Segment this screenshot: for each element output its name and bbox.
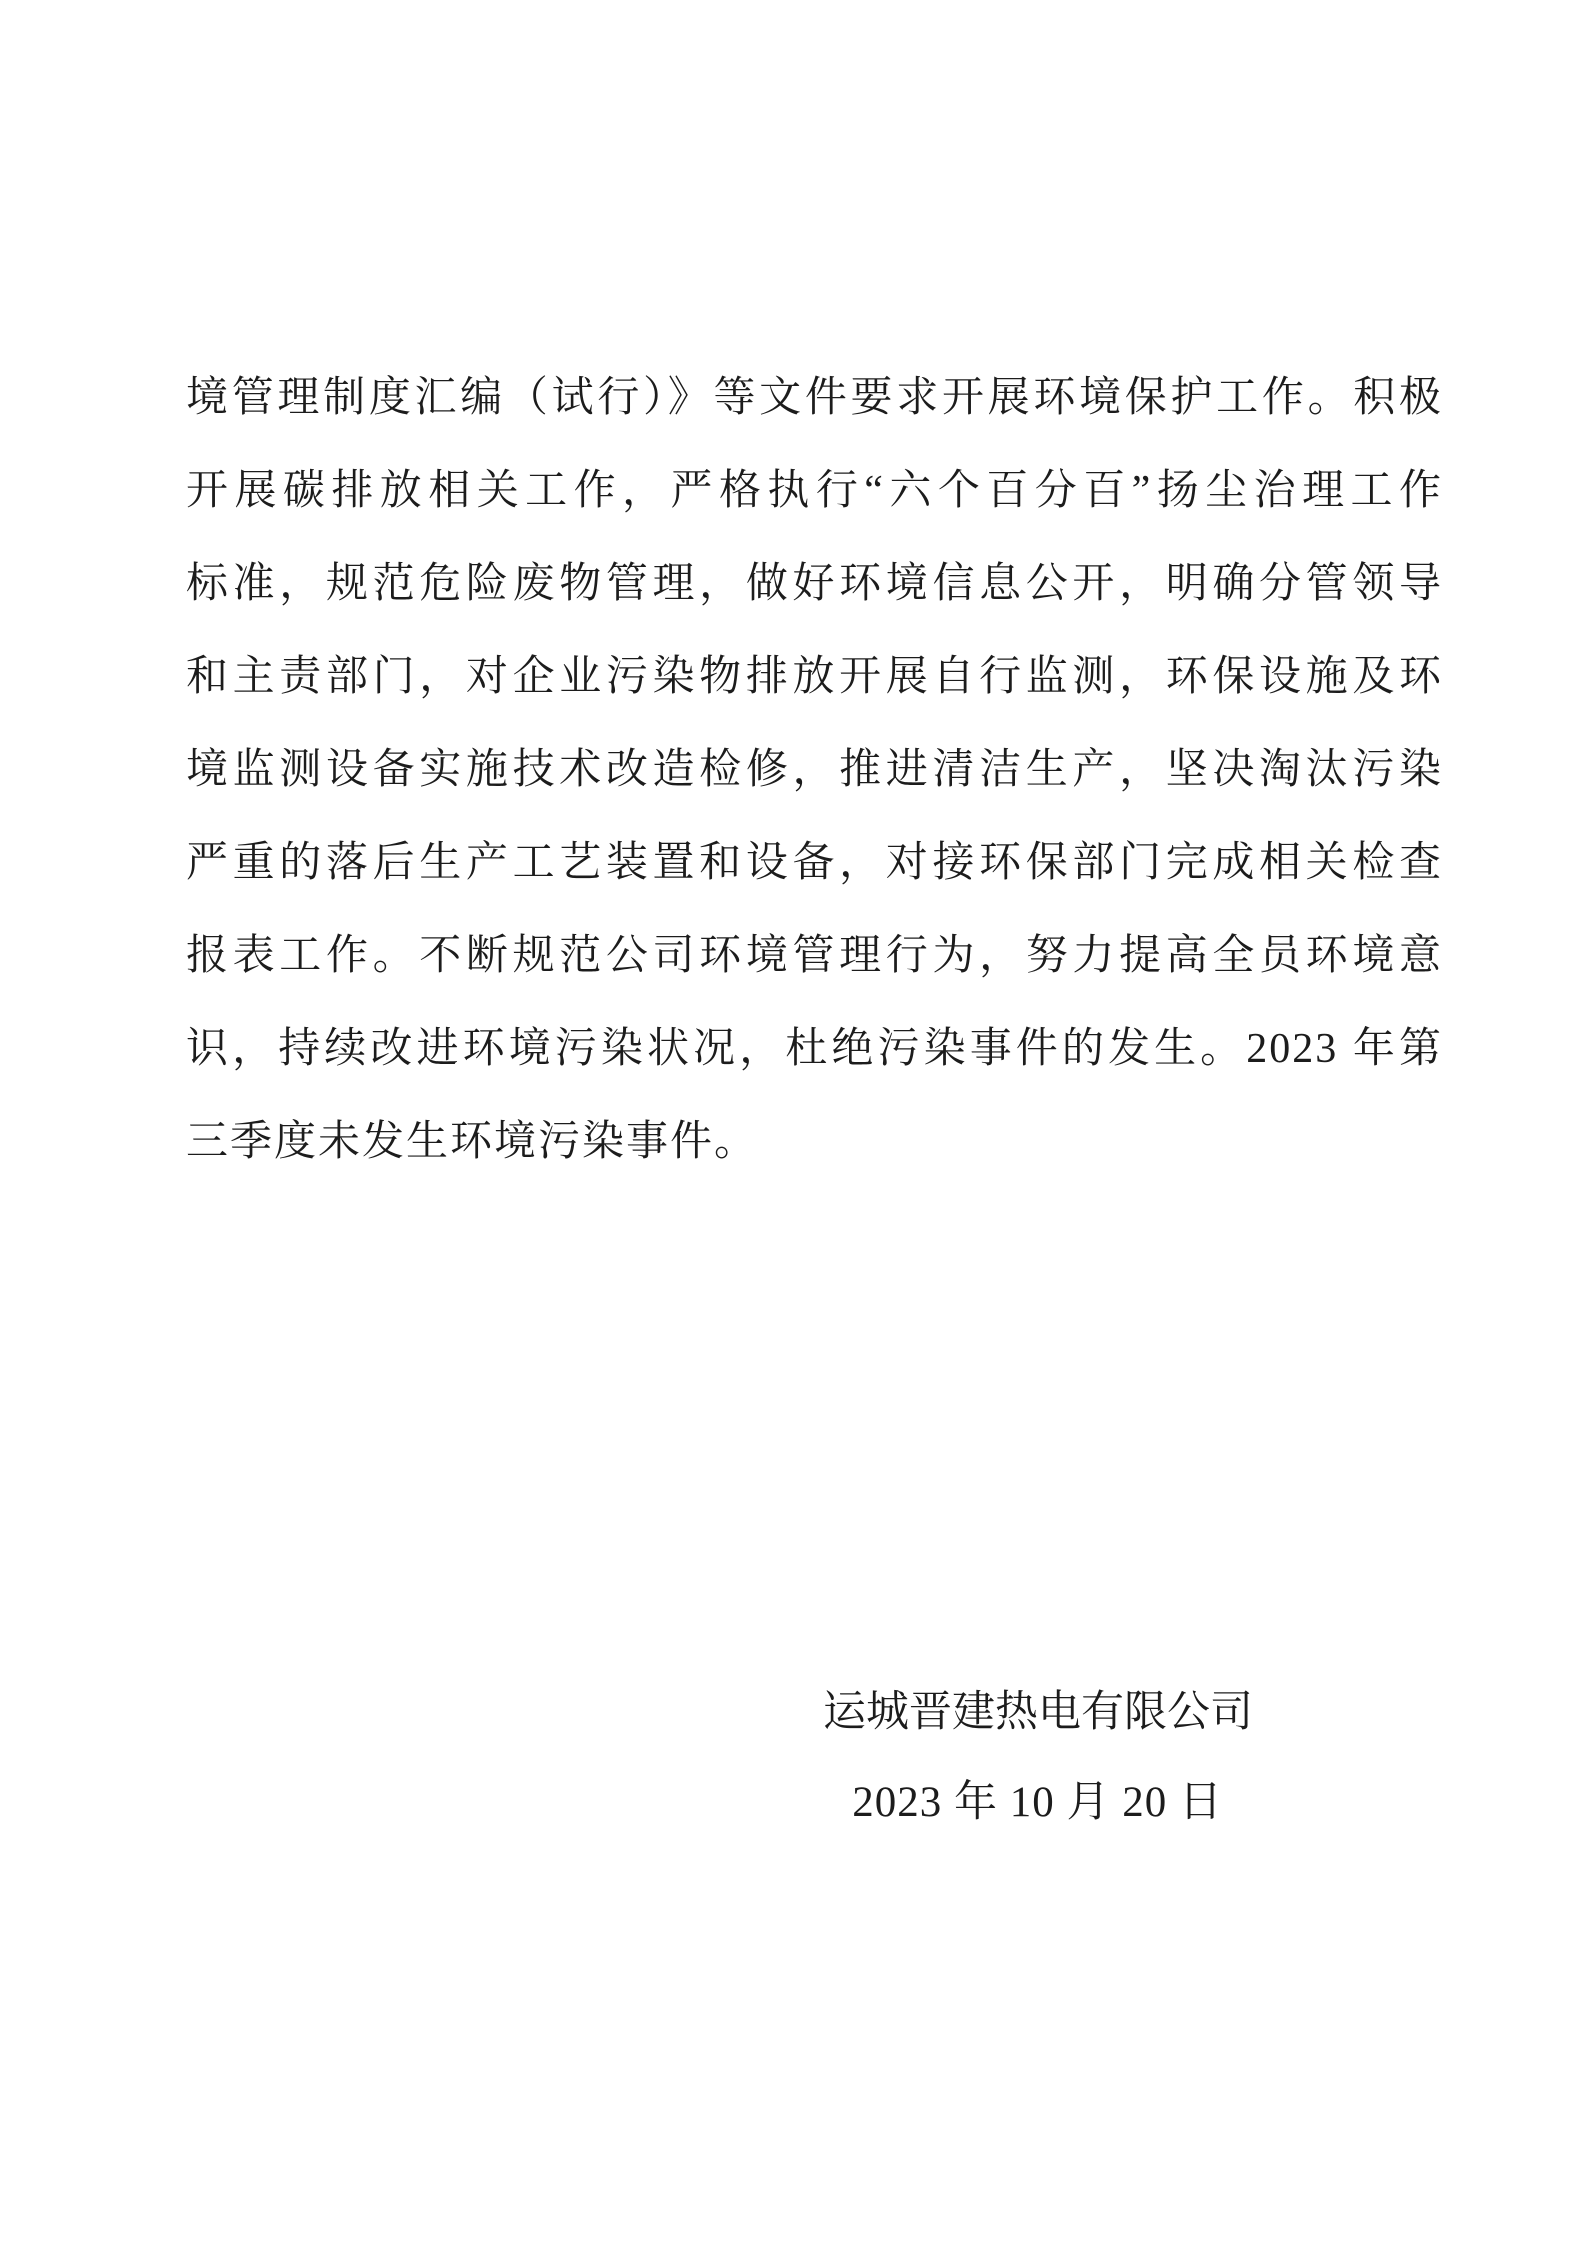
document-page: 境管理制度汇编（试行）》等文件要求开展环境保护工作。积极 开展碳排放相关工作，严… — [0, 0, 1587, 2245]
signature-date: 2023 年 10 月 20 日 — [852, 1762, 1223, 1844]
body-line: 境管理制度汇编（试行）》等文件要求开展环境保护工作。积极 — [186, 352, 1443, 445]
body-line: 三季度未发生环境污染事件。 — [186, 1096, 1443, 1189]
body-line: 标准，规范危险废物管理，做好环境信息公开，明确分管领导 — [186, 538, 1443, 631]
body-paragraph: 境管理制度汇编（试行）》等文件要求开展环境保护工作。积极 开展碳排放相关工作，严… — [186, 352, 1443, 1189]
body-line: 和主责部门，对企业污染物排放开展自行监测，环保设施及环 — [186, 631, 1443, 724]
body-line: 严重的落后生产工艺装置和设备，对接环保部门完成相关检查 — [186, 817, 1443, 910]
body-line: 境监测设备实施技术改造检修，推进清洁生产，坚决淘汰污染 — [186, 724, 1443, 817]
body-line: 报表工作。不断规范公司环境管理行为，努力提高全员环境意 — [186, 910, 1443, 1003]
body-line: 开展碳排放相关工作，严格执行“六个百分百”扬尘治理工作 — [186, 445, 1443, 538]
body-line: 识，持续改进环境污染状况，杜绝污染事件的发生。2023 年第 — [186, 1003, 1443, 1096]
signature-company-name: 运城晋建热电有限公司 — [823, 1672, 1253, 1754]
